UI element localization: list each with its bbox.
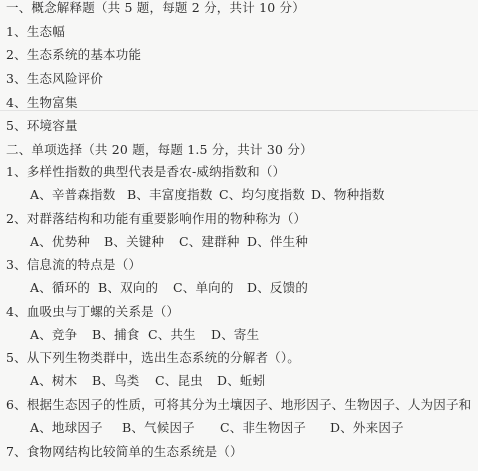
- exam-page: 一、概念解释题（共 5 题，每题 2 分，共计 10 分） 1、生态幅 2、生态…: [0, 0, 478, 471]
- term-item-4: 4、生物富集: [6, 93, 78, 113]
- question-2-options: A、优势种B、关键种C、建群种D、伴生种: [30, 232, 308, 252]
- section-1-title: 一、概念解释题（共 5 题，每题 2 分，共计 10 分）: [6, 0, 305, 18]
- question-1-stem: 1、多样性指数的典型代表是香农-威纳指数和（）: [6, 162, 285, 182]
- option-a: A、竞争: [30, 325, 92, 345]
- option-a: A、地球因子: [30, 418, 122, 438]
- question-3-stem: 3、信息流的特点是（）: [6, 255, 141, 275]
- option-d: D、蚯蚓: [217, 371, 265, 391]
- option-b: B、关键种: [104, 232, 179, 252]
- option-c: C、均匀度指数: [219, 185, 311, 205]
- question-4-stem: 4、血吸虫与丁螺的关系是（）: [6, 302, 179, 322]
- option-c: C、建群种: [179, 232, 247, 252]
- option-d: D、寄生: [211, 325, 259, 345]
- term-item-2: 2、生态系统的基本功能: [6, 45, 141, 65]
- option-c: C、非生物因子: [220, 418, 330, 438]
- option-b: B、鸟类: [92, 371, 155, 391]
- option-a: A、优势种: [30, 232, 104, 252]
- option-d: D、反馈的: [247, 278, 308, 298]
- term-item-5: 5、环境容量: [6, 116, 78, 136]
- option-c: C、昆虫: [155, 371, 217, 391]
- option-b: B、捕食: [92, 325, 148, 345]
- section-2-title: 二、单项选择（共 20 题，每题 1.5 分，共计 30 分）: [6, 140, 313, 160]
- term-item-1: 1、生态幅: [6, 22, 65, 42]
- option-d: D、伴生种: [247, 232, 308, 252]
- option-b: B、丰富度指数: [127, 185, 219, 205]
- question-1-options: A、辛普森指数B、丰富度指数C、均匀度指数D、物种指数: [30, 185, 385, 205]
- option-d: D、物种指数: [311, 185, 385, 205]
- term-item-3: 3、生态风险评价: [6, 69, 103, 89]
- option-b: B、气候因子: [122, 418, 220, 438]
- option-d: D、外来因子: [330, 418, 404, 438]
- question-4-options: A、竞争B、捕食C、共生D、寄生: [30, 325, 259, 345]
- option-c: C、单向的: [173, 278, 247, 298]
- option-c: C、共生: [148, 325, 211, 345]
- option-b: B、双向的: [98, 278, 173, 298]
- question-3-options: A、循环的B、双向的C、单向的D、反馈的: [30, 278, 308, 298]
- question-5-options: A、树木B、鸟类C、昆虫D、蚯蚓: [30, 371, 265, 391]
- question-6-options: A、地球因子B、气候因子C、非生物因子D、外来因子: [30, 418, 404, 438]
- option-a: A、辛普森指数: [30, 185, 127, 205]
- option-a: A、循环的: [30, 278, 98, 298]
- option-a: A、树木: [30, 371, 92, 391]
- question-7-stem: 7、食物网结构比较简单的生态系统是（）: [6, 442, 243, 462]
- question-2-stem: 2、对群落结构和功能有重要影响作用的物种称为（）: [6, 209, 306, 229]
- question-5-stem: 5、从下列生物类群中，选出生态系统的分解者（）。: [6, 348, 300, 368]
- question-6-stem: 6、根据生态因子的性质，可将其分为土壤因子、地形因子、生物因子、人为因子和（）: [6, 395, 478, 415]
